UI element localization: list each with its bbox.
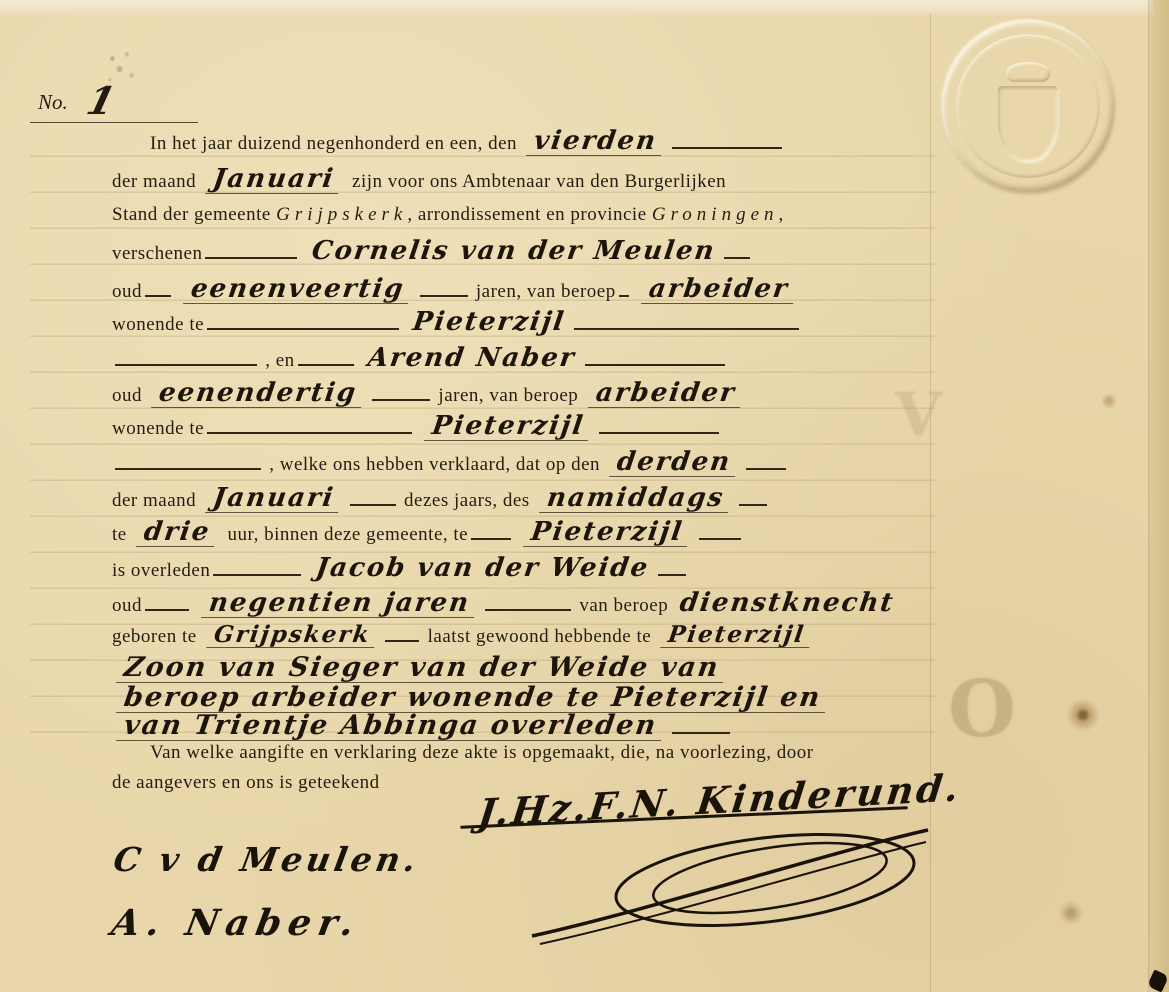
- declarant2-age: eenendertig: [151, 380, 365, 408]
- blank-rule: [372, 397, 430, 401]
- blank-rule: [207, 430, 412, 434]
- deceased-birthplace: Grijpskerk: [206, 623, 378, 648]
- printed-text: Van welke aangifte en verklaring deze ak…: [150, 742, 814, 763]
- deceased-last-residence: Pieterzijl: [661, 623, 813, 648]
- blank-rule: [350, 502, 396, 506]
- declarant1-residence: Pieterzijl: [411, 309, 567, 335]
- blank-rule: [298, 362, 354, 366]
- act-line-14: oud negentien jaren van beroep dienstkne…: [112, 590, 932, 618]
- printed-text: laatst gewoond hebbende te: [428, 626, 652, 647]
- blank-rule: [599, 430, 719, 434]
- handwritten-day: vierden: [526, 128, 665, 156]
- act-line-11: der maand Januari dezes jaars, des namid…: [112, 485, 932, 513]
- act-line-9: wonende te Pieterzijl: [112, 413, 932, 441]
- seal-shield: [998, 86, 1058, 162]
- printed-text: de aangevers en ons is geteekend: [112, 772, 380, 793]
- deceased-name: Jacob van der Weide: [314, 555, 651, 581]
- death-hour: drie: [136, 519, 218, 547]
- act-line-8: oud eenendertig jaren, van beroep arbeid…: [112, 380, 932, 408]
- declarant2-signature: A. Naber.: [108, 902, 364, 944]
- printed-text: der maand: [112, 490, 196, 511]
- declarant1-age: eenenveertig: [183, 276, 412, 304]
- parents-clause: van Trientje Abbinga overleden: [116, 712, 665, 741]
- printed-text: uur, binnen deze gemeente, te: [228, 524, 469, 545]
- act-line-13: is overleden Jacob van der Weide: [112, 555, 932, 582]
- blank-rule: [471, 536, 511, 540]
- printed-text: , arrondissement en provincie: [407, 204, 646, 225]
- seal-crown: [1006, 62, 1050, 82]
- signature-flourish: [530, 818, 930, 948]
- printed-text: oud: [112, 595, 142, 616]
- parents-clause: beroep arbeider wonende te Pieterzijl en: [116, 684, 829, 713]
- printed-text: van beroep: [579, 595, 668, 616]
- act-line-18: van Trientje Abbinga overleden: [112, 712, 932, 741]
- declarant2-occupation: arbeider: [588, 380, 744, 408]
- death-daypart: namiddags: [539, 485, 732, 513]
- act-line-5: oud eenenveertig jaren, van beroep arbei…: [112, 276, 932, 304]
- act-line-15: geboren te Grijpskerk laatst gewoond heb…: [112, 623, 932, 648]
- act-line-3: Stand der gemeente Grijpskerk, arrondiss…: [112, 204, 932, 226]
- record-number-label: No.: [38, 90, 68, 115]
- province-name: Groningen: [652, 204, 779, 225]
- declarant1-signature: C v d Meulen.: [111, 840, 423, 879]
- blank-rule: [724, 255, 750, 259]
- act-line-17: beroep arbeider wonende te Pieterzijl en: [112, 684, 932, 713]
- declarant1-occupation: arbeider: [641, 276, 797, 304]
- parents-clause: Zoon van Sieger van der Weide van: [116, 654, 727, 683]
- printed-text: verschenen: [112, 243, 202, 264]
- act-line-19: Van welke aangifte en verklaring deze ak…: [112, 742, 970, 764]
- municipality-name: Grijpskerk: [276, 204, 407, 225]
- death-month: Januari: [205, 485, 342, 513]
- death-certificate-page: O V No. 1 In het jaar duizend negenhonde…: [0, 0, 1169, 992]
- declarant2-name: Arend Naber: [366, 345, 577, 371]
- stain-spot: [1100, 392, 1118, 410]
- printed-text: jaren, van beroep: [476, 281, 616, 302]
- blank-rule: [699, 536, 741, 540]
- blank-rule: [485, 607, 571, 611]
- stain-spot: [1058, 900, 1084, 926]
- record-number-value: 1: [82, 78, 120, 123]
- handwritten-month: Januari: [205, 166, 342, 194]
- blank-rule: [115, 362, 257, 366]
- printed-text: Stand der gemeente: [112, 204, 271, 225]
- paper-right-edge: [1148, 0, 1169, 992]
- act-line-1: In het jaar duizend negenhonderd en een,…: [112, 128, 970, 156]
- printed-text: , en: [265, 350, 294, 371]
- death-day: derden: [609, 449, 739, 477]
- printed-text: In het jaar duizend negenhonderd en een,…: [150, 133, 517, 154]
- printed-text: dezes jaars, des: [404, 490, 530, 511]
- blank-rule: [574, 326, 799, 330]
- deceased-age: negentien jaren: [201, 590, 478, 618]
- printed-text: wonende te: [112, 314, 204, 335]
- blank-rule: [672, 730, 730, 734]
- death-place: Pieterzijl: [523, 519, 691, 547]
- printed-text: geboren te: [112, 626, 197, 647]
- blank-rule: [420, 293, 468, 297]
- printed-text: , welke ons hebben verklaard, dat op den: [269, 454, 600, 475]
- printed-text: der maand: [112, 171, 196, 192]
- act-line-4: verschenen Cornelis van der Meulen: [112, 238, 932, 265]
- deceased-occupation: dienstknecht: [678, 590, 896, 616]
- printed-text: ,: [779, 204, 784, 225]
- blank-rule: [145, 607, 189, 611]
- blank-rule: [205, 255, 297, 259]
- blank-rule: [739, 502, 767, 506]
- printed-text: zijn voor ons Ambtenaar van den Burgerli…: [352, 171, 726, 192]
- printed-text: wonende te: [112, 418, 204, 439]
- declarant1-name: Cornelis van der Meulen: [310, 238, 717, 264]
- blank-rule: [658, 572, 686, 576]
- blank-rule: [385, 638, 419, 642]
- act-line-10: , welke ons hebben verklaard, dat op den…: [112, 449, 932, 477]
- blank-rule: [619, 293, 629, 297]
- act-line-12: te drie uur, binnen deze gemeente, te Pi…: [112, 519, 932, 547]
- blank-rule: [213, 572, 301, 576]
- blank-rule: [585, 362, 725, 366]
- act-line-6: wonende te Pieterzijl: [112, 309, 932, 336]
- printed-text: oud: [112, 385, 142, 406]
- printed-text: is overleden: [112, 560, 210, 581]
- declarant2-residence: Pieterzijl: [424, 413, 592, 441]
- act-line-2: der maand Januari zijn voor ons Ambtenaa…: [112, 166, 932, 194]
- act-line-7: , en Arend Naber: [112, 345, 932, 372]
- printed-text: te: [112, 524, 127, 545]
- blank-rule: [145, 293, 171, 297]
- blank-rule: [672, 145, 782, 149]
- blank-rule: [115, 466, 261, 470]
- embossed-seal-icon: [942, 20, 1114, 192]
- act-line-16: Zoon van Sieger van der Weide van: [112, 654, 932, 683]
- paper-top-edge: [0, 0, 1169, 16]
- blank-rule: [746, 466, 786, 470]
- blank-rule: [207, 326, 399, 330]
- stain-spot: [1066, 698, 1100, 732]
- printed-text: oud: [112, 281, 142, 302]
- record-number-rule: [30, 122, 198, 123]
- printed-text: jaren, van beroep: [438, 385, 578, 406]
